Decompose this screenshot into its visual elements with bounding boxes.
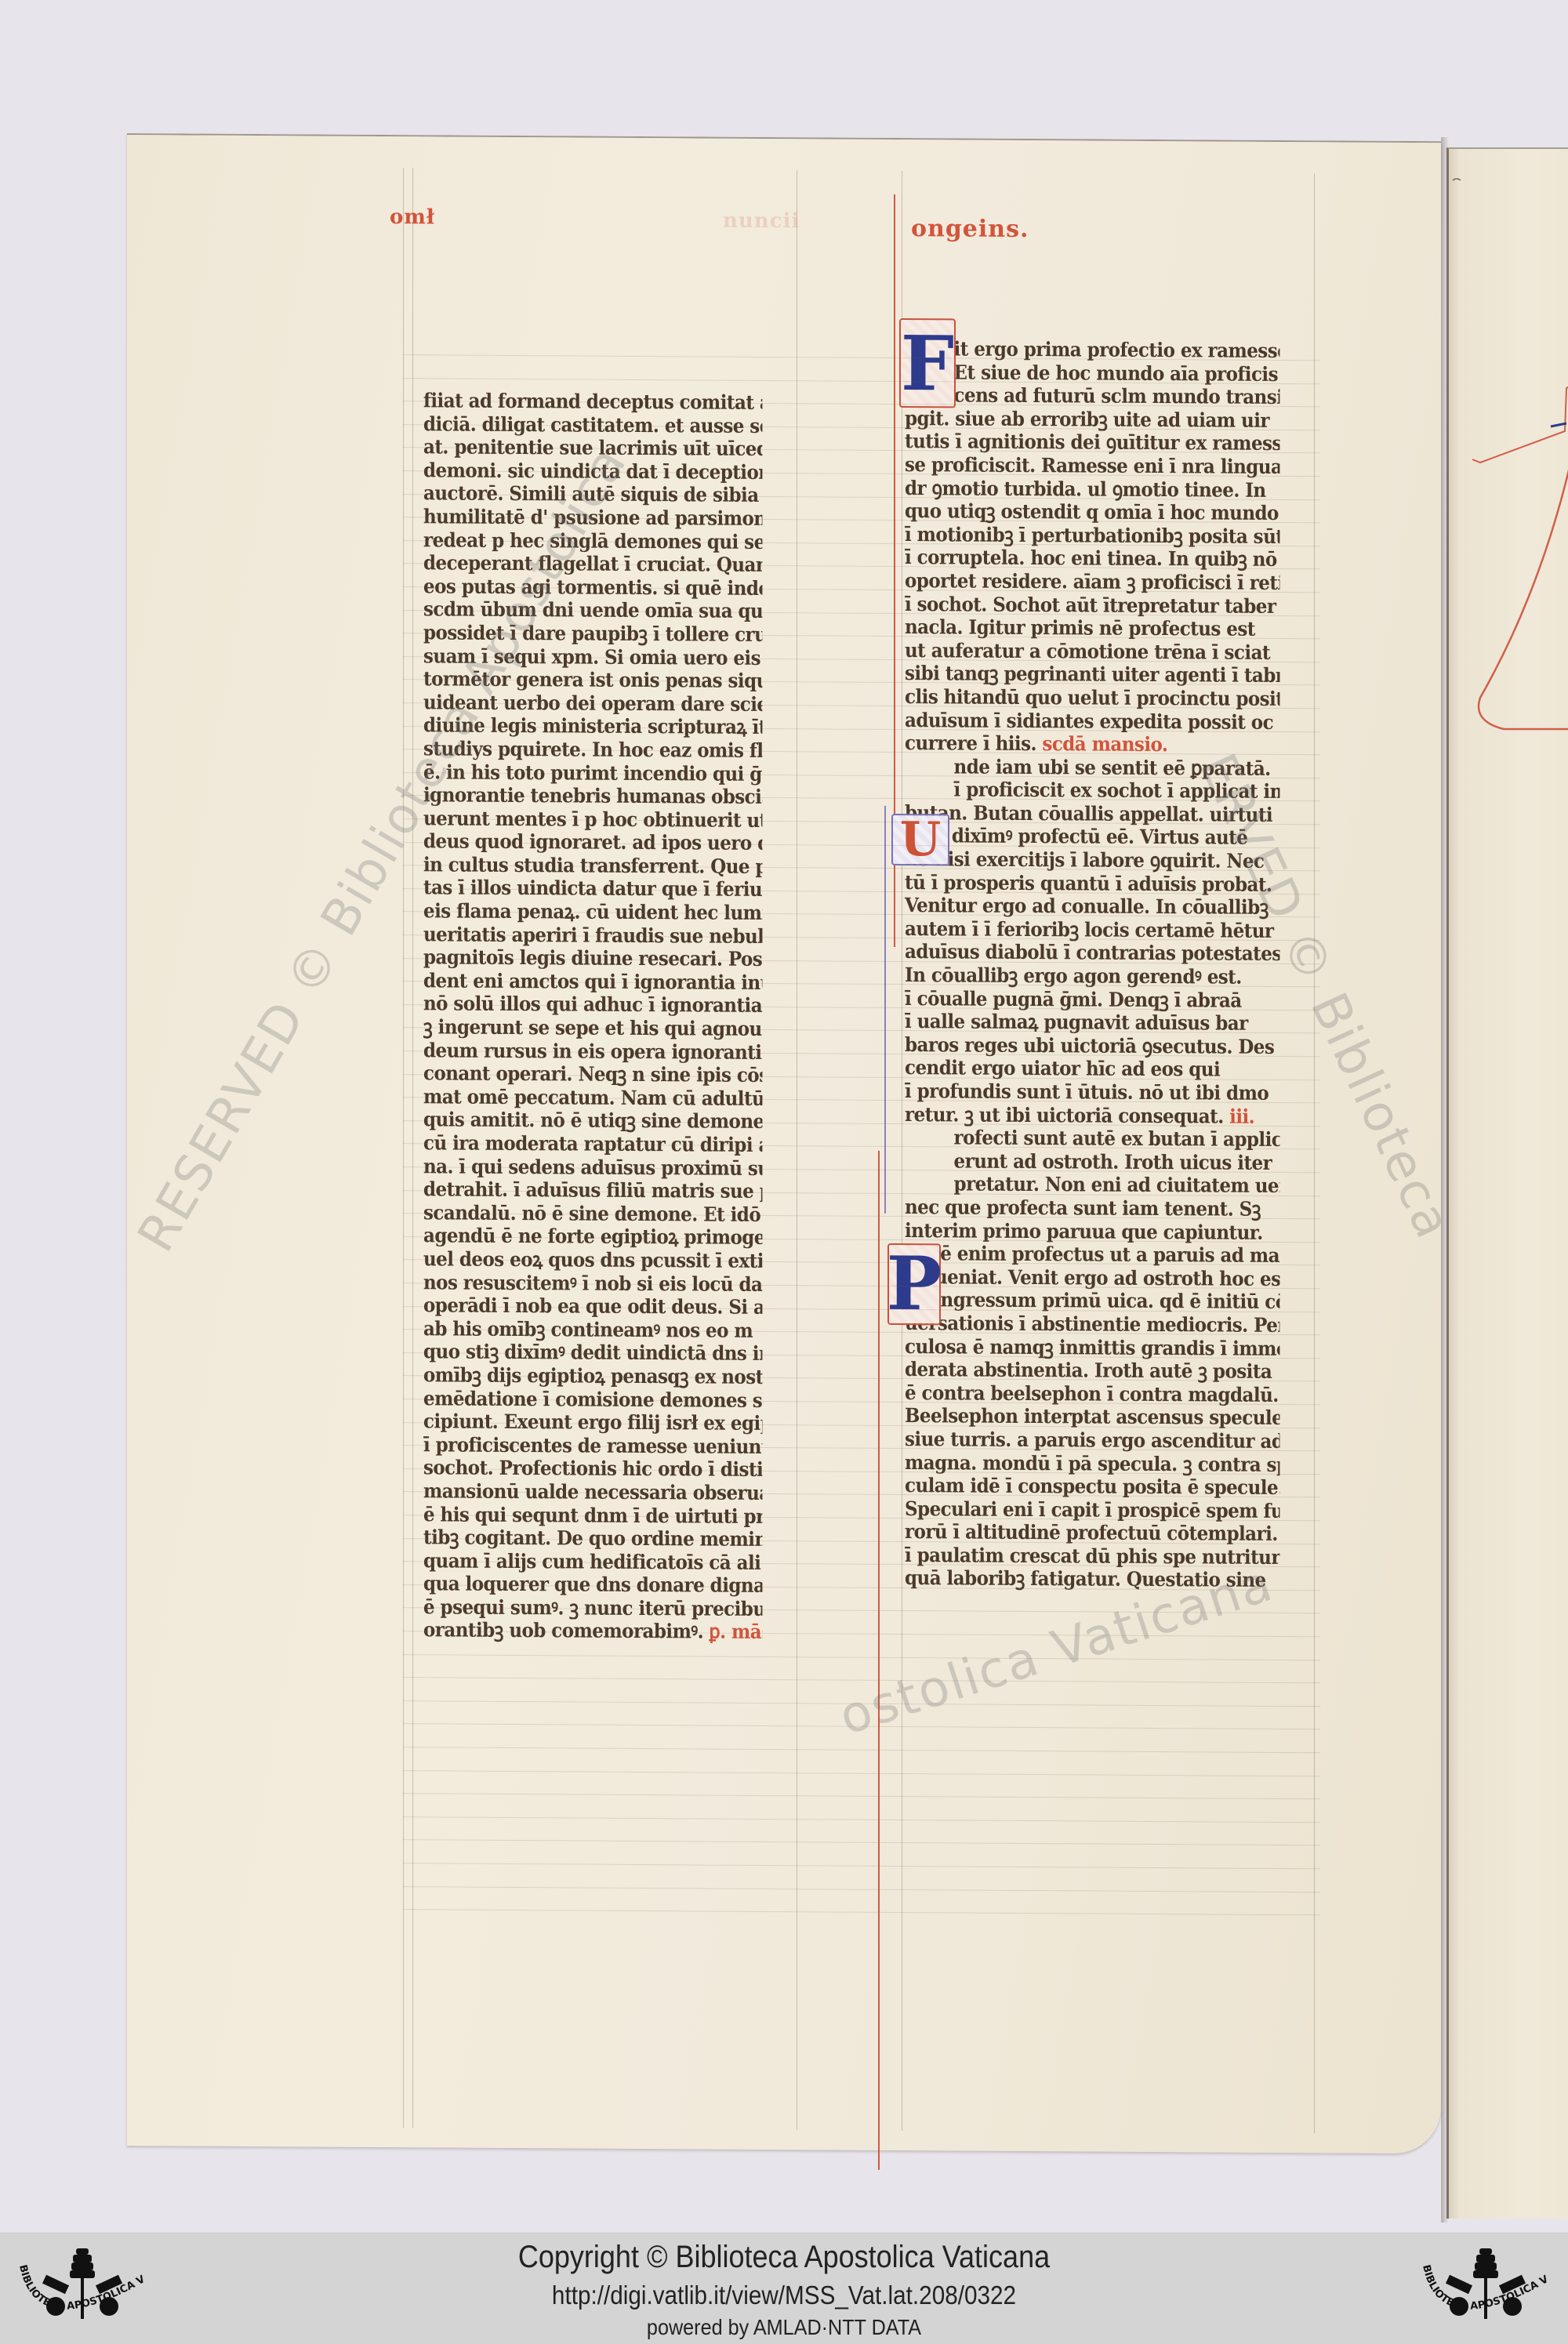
running-head-right: ongeins.: [911, 215, 1029, 243]
ruling-line: [1314, 173, 1315, 2133]
ruling-line: [412, 168, 413, 2128]
manuscript-folio: omł nuncii ongeins. fiiat ad formand dec…: [127, 133, 1441, 2154]
text-column-left: fiiat ad formand deceptus comitat ad pud…: [423, 389, 792, 1644]
initial-p: P: [887, 1243, 941, 1325]
ruling-line: [403, 1863, 1320, 1869]
powered-by-text: powered by AMLAD·NTT DATA: [78, 2315, 1490, 2340]
ruling-line: [403, 1747, 1320, 1753]
ruling-line: [403, 1654, 1320, 1660]
ruling-line: [403, 1793, 1320, 1799]
ruling-line: [797, 170, 797, 2130]
initial-flourish-p: [878, 1151, 880, 2170]
ruling-line: [403, 1909, 1320, 1915]
ruling-line: [403, 168, 404, 2128]
permalink-url[interactable]: http://digi.vatlib.it/view/MSS_Vat.lat.2…: [78, 2281, 1490, 2310]
ruling-line: [403, 1816, 1320, 1823]
ruling-line: [403, 1886, 1320, 1892]
papal-arms-icon: BIBLIOTECA APOSTOLICA VATICANA: [1407, 2234, 1564, 2344]
ruling-line: [403, 1840, 1320, 1846]
next-folio-flourish: [1449, 149, 1568, 1090]
ruling-line: [403, 1770, 1320, 1776]
papal-arms-icon: BIBLIOTECA APOSTOLICA VATICANA: [4, 2234, 161, 2344]
running-head-faded: nuncii: [723, 209, 800, 234]
next-folio-edge: [1446, 147, 1568, 2219]
running-head-left: omł: [390, 205, 435, 229]
rubric-iii: iii.: [1229, 1105, 1254, 1127]
ruling-line: [902, 171, 902, 2131]
initial-flourish-u: [884, 806, 886, 1214]
copyright-footer: Copyright © Biblioteca Apostolica Vatica…: [0, 2233, 1568, 2344]
copyright-text: Copyright © Biblioteca Apostolica Vatica…: [78, 2240, 1490, 2275]
initial-f: F: [899, 318, 956, 408]
